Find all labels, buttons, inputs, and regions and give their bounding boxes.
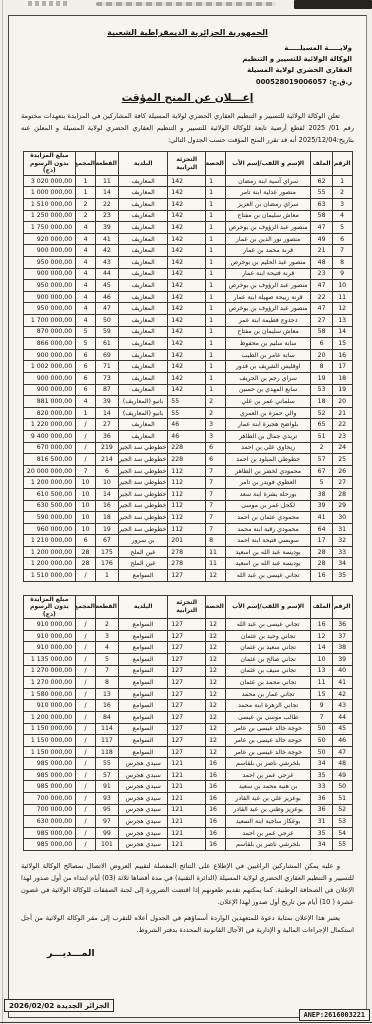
cell-name: بوعزيز علي بن عبد القادر [225, 793, 311, 805]
cell-municipality: المعاريف [118, 430, 167, 442]
cell-plot: 69 [95, 349, 118, 361]
cell-share: 16 [206, 839, 226, 851]
cell-group: / [76, 769, 96, 781]
cell-subdivision: 142 [168, 372, 206, 384]
cell-rank: 28 [332, 488, 352, 500]
cell-share: 11 [206, 546, 226, 558]
cell-subdivision: 112 [168, 477, 206, 489]
cell-group: / [76, 816, 96, 828]
cell-plot: 6 [95, 465, 118, 477]
cell-rank: 2 [332, 187, 352, 199]
table-row: 156سانة سليم بن محفوظ1142المعاريف615866 … [23, 338, 352, 350]
cell-plot: 14 [95, 488, 118, 500]
cell-group: 6 [76, 361, 96, 373]
cell-municipality: المعاريف [118, 349, 167, 361]
cell-name: سلماني عمر بن علي [225, 396, 311, 408]
column-header: الحصة [206, 595, 226, 619]
cell-plot: 67 [95, 535, 118, 547]
bottom-rule [0, 1022, 372, 1024]
cell-rank: 14 [332, 326, 352, 338]
footer-text-1: و عليه يمكن المشاركين الراغبين في الإطلا… [21, 862, 354, 906]
cell-file: 58 [311, 210, 332, 222]
cell-amount: 1 135 000,00 [23, 653, 76, 665]
cell-plot: 4 [95, 642, 118, 654]
column-header: القطعة [95, 152, 118, 176]
cell-name: والي حمزة بن العمري [225, 407, 311, 419]
cell-group: 4 [76, 233, 96, 245]
cell-subdivision: 142 [168, 199, 206, 211]
cell-group: / [76, 735, 96, 747]
cell-amount: 900 000,00 [23, 291, 76, 303]
table-row: 1047منصور عبد الرؤوف بن بوخرص1142المعاري… [23, 280, 352, 292]
footer-text-2: يعتبر هذا الإعلان بمثابة دعوة للمتعهدين … [21, 914, 354, 934]
table-row: 1458معاش سليمان بن مفتاح1142المعاريف5958… [23, 326, 352, 338]
cell-amount: 816 500,00 [23, 454, 76, 466]
cell-subdivision: 142 [168, 268, 206, 280]
cell-subdivision: 201 [168, 535, 206, 547]
cell-share: 12 [206, 630, 226, 642]
table-header-row: الرقمالملفالإسم و اللقب/إسم الأبالحصةالت… [23, 595, 352, 619]
cell-file: 65 [311, 419, 332, 431]
cell-file: 27 [311, 315, 332, 327]
cell-file: 53 [311, 384, 332, 396]
anep-box: ANEP:2616003221 [299, 1009, 370, 1021]
cell-group: / [76, 827, 96, 839]
cell-share: 3 [206, 430, 226, 442]
table-row: 5534بلخرشي ناصر بن بلقاسم16121سيدي هجرس1… [23, 839, 352, 851]
cell-group: / [76, 442, 96, 454]
table-row: 1620سانة عامر بن الطيب1142المعاريف696900… [23, 349, 352, 361]
cell-municipality: المعاريف [118, 384, 167, 396]
cell-plot: 59 [95, 326, 118, 338]
cell-municipality: سيدي هجرس [118, 758, 167, 770]
cell-municipality: السوامع [118, 630, 167, 642]
cell-share: 7 [206, 488, 226, 500]
cell-rank: 43 [332, 700, 352, 712]
cell-amount: 900 000,00 [23, 268, 76, 280]
cell-name: قرنة محمد بن عمار [225, 245, 311, 257]
cell-name: بوديسة عبد الله بن اسعيد [225, 546, 311, 558]
cell-share: 1 [206, 199, 226, 211]
cell-group: 4 [76, 222, 96, 234]
cell-municipality: سيدي هجرس [118, 781, 167, 793]
cell-rank: 53 [332, 816, 352, 828]
cell-file: 51 [311, 430, 332, 442]
cell-rank: 48 [332, 758, 352, 770]
cell-plot: 117 [95, 735, 118, 747]
cell-subdivision: 127 [168, 711, 206, 723]
cell-subdivision: 127 [168, 665, 206, 677]
cell-name: قرنة ربيحة صهيلة ابنة عمار [225, 291, 311, 303]
cell-amount: 1 270 000,00 [23, 677, 76, 689]
cell-subdivision: 127 [168, 630, 206, 642]
cell-amount: 870 000,00 [23, 326, 76, 338]
cell-amount: 700 000,00 [23, 804, 76, 816]
column-header: الإسم و اللقب/إسم الأب [225, 152, 311, 176]
cell-share: 1 [206, 210, 226, 222]
cell-rank: 16 [332, 349, 352, 361]
cell-municipality: خطوطي سد الجير [118, 512, 167, 524]
cell-subdivision: 127 [168, 619, 206, 631]
table-row: 4650خوجة خالد عيسى بن عامر12127السوامع11… [23, 735, 352, 747]
table-row: 1122قرنة ربيحة صهيلة ابنة عمار1142المعار… [23, 291, 352, 303]
cell-subdivision: 142 [168, 349, 206, 361]
cell-amount: 610 500,00 [23, 488, 76, 500]
cell-file: 36 [311, 793, 332, 805]
table-row: 2351تريدي جمال بن الطاهر346المعاريف36/9 … [23, 430, 352, 442]
cell-group: 4 [76, 257, 96, 269]
table-row: 4013تجاني سيف بن عثمان12127السوامع7/1 27… [23, 665, 352, 677]
cell-plot: 50 [95, 315, 118, 327]
registration-number: ر.ق.ج: 000528019006057 [202, 77, 352, 88]
cell-share: 2 [206, 396, 226, 408]
cell-group: 7 [76, 465, 96, 477]
cell-share: 11 [206, 558, 226, 570]
ink-smudge [28, 1, 68, 6]
cell-rank: 9 [332, 268, 352, 280]
cell-subdivision: 142 [168, 303, 206, 315]
cell-municipality: المعاريف [118, 175, 167, 187]
cell-group: / [76, 758, 96, 770]
cell-amount: 1 150 000,00 [23, 746, 76, 758]
cell-subdivision: 127 [168, 642, 206, 654]
cell-municipality: بانيو (المعاريف) [118, 396, 167, 408]
cell-rank: 38 [332, 642, 352, 654]
table-row: 848منصور عبد الحليم بن بوخرص1142المعاريف… [23, 257, 352, 269]
cell-file: 10 [311, 653, 332, 665]
cell-rank: 7 [332, 245, 352, 257]
cell-subdivision: 278 [168, 546, 206, 558]
cell-plot: 73 [95, 372, 118, 384]
cell-rank: 46 [332, 735, 352, 747]
cell-rank: 37 [332, 630, 352, 642]
ink-smudge [294, 0, 372, 9]
cell-file: 13 [311, 665, 332, 677]
cell-group: 5 [76, 326, 96, 338]
cell-subdivision: 142 [168, 291, 206, 303]
cell-amount: 1 150 000,00 [23, 735, 76, 747]
cell-plot: 43 [95, 257, 118, 269]
cell-municipality: السوامع [118, 746, 167, 758]
column-header: الإسم و اللقب/إسم الأب [225, 595, 311, 619]
cell-file: 7 [311, 711, 332, 723]
cell-share: 16 [206, 781, 226, 793]
table-row: 5331بوعكاز ساجية ابنة السعيد16121سيدي هج… [23, 816, 352, 828]
cell-municipality: عين الملح [118, 558, 167, 570]
cell-file: 48 [311, 257, 332, 269]
column-header: مبلغ المزايدة بدون الرسوم (دج) [23, 595, 76, 619]
cell-group: 10 [76, 500, 96, 512]
cell-file: 38 [311, 488, 332, 500]
cell-share: 1 [206, 338, 226, 350]
table-row: 275العطوي فويدر بن تامر7112خطوطي سد الجي… [23, 477, 352, 489]
cell-rank: 31 [332, 523, 352, 535]
cell-plot: 36 [95, 430, 118, 442]
cell-rank: 34 [332, 558, 352, 570]
cell-share: 1 [206, 349, 226, 361]
cell-amount: 950 000,00 [23, 303, 76, 315]
table-gap [17, 851, 358, 861]
table-row: 363سراي رمضان بن العزيز1142المعاريف2221 … [23, 199, 352, 211]
cell-file: 41 [311, 512, 332, 524]
cell-plot: 41 [95, 233, 118, 245]
cell-share: 8 [206, 535, 226, 547]
allotment-table-part2: الرقمالملفالإسم و اللقب/إسم الأبالحصةالت… [23, 595, 353, 851]
cell-name: منصور عبد الرؤوف بن بوخرص [225, 222, 311, 234]
cell-group: / [76, 804, 96, 816]
cell-rank: 41 [332, 677, 352, 689]
cell-municipality: خطوطي سد الجير [118, 500, 167, 512]
cell-rank: 50 [332, 781, 352, 793]
cell-share: 16 [206, 816, 226, 828]
cell-file: 63 [311, 199, 332, 211]
cell-subdivision: 142 [168, 210, 206, 222]
cell-plot: 95 [95, 804, 118, 816]
cell-name: سابع المهدي بن حسين [225, 384, 311, 396]
cell-group: / [76, 746, 96, 758]
cell-share: 7 [206, 477, 226, 489]
cell-plot: 61 [95, 338, 118, 350]
cell-group: / [76, 653, 96, 665]
cell-file: 47 [311, 222, 332, 234]
column-header: القطعة [95, 595, 118, 619]
intro-text: تعلن الوكالة الولائية للتسيير و التنظيم … [21, 112, 354, 144]
cell-file: 57 [311, 454, 332, 466]
cell-share: 1 [206, 222, 226, 234]
cell-file: 28 [311, 546, 332, 558]
cell-municipality: المعاريف [118, 361, 167, 373]
table-row: 4750خوجة خالد عيسى بن عامر12127السوامع11… [23, 746, 352, 758]
table-row: 2265بلواضح هجيرة ابنة عمار346المعاريف27/… [23, 419, 352, 431]
table-row: 178اوقليس الشريف بن قدور1142المعاريف7161… [23, 361, 352, 373]
table-row: 447طالب موسى بن عيسى12127السوامع84/1 200… [23, 711, 352, 723]
cell-plot: 7 [95, 665, 118, 677]
cell-file: 11 [311, 677, 332, 689]
cell-rank: 52 [332, 804, 352, 816]
cell-name: تجاني سعيد بن عثمان [225, 642, 311, 654]
cell-share: 7 [206, 523, 226, 535]
table-row: 439تجاني الزهرة ابنة محمد12127السوامع16/… [23, 700, 352, 712]
cell-amount: 1 000 000,00 [23, 187, 76, 199]
cell-municipality: خطوطي سد الجير [118, 442, 167, 454]
cell-plot: 114 [95, 723, 118, 735]
cell-share: 6 [206, 442, 226, 454]
cell-subdivision: 46 [168, 430, 206, 442]
cell-plot: 11 [95, 175, 118, 187]
cell-amount: 881 000,00 [23, 396, 76, 408]
ink-smudge [96, 2, 276, 6]
column-header: الملف [311, 595, 332, 619]
cell-group: 4 [76, 315, 96, 327]
cell-file: 47 [311, 280, 332, 292]
column-header: البلدية [118, 595, 167, 619]
cell-share: 12 [206, 570, 226, 582]
cell-municipality: السوامع [118, 700, 167, 712]
cell-plot: 5 [95, 653, 118, 665]
cell-amount: 1 200 000,00 [23, 477, 76, 489]
cell-group: / [76, 619, 96, 631]
cell-group: 4 [76, 291, 96, 303]
director-signature: المـــديـــر [17, 942, 358, 959]
table-row: 458معاش سليمان بن مفتاح1142المعاريف2321 … [23, 210, 352, 222]
cell-amount: 910 000,00 [23, 630, 76, 642]
cell-group: 2 [76, 199, 96, 211]
cell-rank: 32 [332, 535, 352, 547]
cell-municipality: خطوطي سد الجير [118, 477, 167, 489]
cell-rank: 22 [332, 419, 352, 431]
cell-group: / [76, 793, 96, 805]
cell-municipality: خطوطي سد الجير [118, 523, 167, 535]
cell-amount: 900 000,00 [23, 349, 76, 361]
cell-amount: 900 000,00 [23, 384, 76, 396]
cell-name: تجاني وحيد بن عثمان [225, 630, 311, 642]
cell-amount: 1 700 000,00 [23, 315, 76, 327]
cell-name: تجاني عيسى بن عبد الله [225, 619, 311, 631]
cell-plot: 2 [95, 619, 118, 631]
cell-name: اوقليس الشريف بن قدور [225, 361, 311, 373]
cell-share: 12 [206, 700, 226, 712]
cell-name: خوجة خالد عيسى بن عامر [225, 723, 311, 735]
cell-file: 14 [311, 642, 332, 654]
cell-municipality: المعاريف [118, 199, 167, 211]
cell-rank: 11 [332, 291, 352, 303]
cell-municipality: بن سرور [118, 535, 167, 547]
cell-subdivision: 121 [168, 827, 206, 839]
table-row: 3516تجاني عيسى بن عبد الله12127السوامع1/… [23, 570, 352, 582]
cell-file: 19 [311, 372, 332, 384]
cell-amount: 910 000,00 [23, 619, 76, 631]
cell-file: 31 [311, 816, 332, 828]
cell-group: / [76, 642, 96, 654]
cell-group: 10 [76, 523, 96, 535]
table-row: 1247منصور عبد الرؤوف بن بوخرص1142المعاري… [23, 303, 352, 315]
cell-municipality: المعاريف [118, 222, 167, 234]
allotment-table-part1: الرقمالملفالإسم و اللقب/إسم الأبالحصةالت… [23, 151, 353, 581]
agency-line-1: الوكالة الولائية للتسيير و التنظيم [202, 54, 352, 65]
cell-name: بلواضح هجيرة ابنة عمار [225, 419, 311, 431]
newspaper-top-strip [0, 0, 372, 12]
cell-rank: 55 [332, 839, 352, 851]
table-row: 2018سلماني عمر بن علي255بانيو (المعاريف)… [23, 396, 352, 408]
cell-name: العطوي فويدر بن تامر [225, 477, 311, 489]
cell-rank: 25 [332, 454, 352, 466]
table-row: 5435عرجي عمر بن احمد16121سيدي هجرس99/985… [23, 827, 352, 839]
cell-amount: 900 000,00 [23, 245, 76, 257]
cell-file: 50 [311, 735, 332, 747]
cell-plot: 39 [95, 396, 118, 408]
cell-group: / [76, 688, 96, 700]
table-row: 547منصور عبد الرؤوف بن بوخرص1142المعاريف… [23, 222, 352, 234]
table-header-row: الرقمالملفالإسم و اللقب/إسم الأبالحصةالت… [23, 152, 352, 176]
cell-amount: 920 000,00 [23, 233, 76, 245]
cell-subdivision: 112 [168, 465, 206, 477]
newspaper-name-box: الجزائر الجديدة 2026/02/02 [4, 999, 114, 1012]
cell-group: 6 [76, 384, 96, 396]
column-header: التجزئة الترابية [168, 152, 206, 176]
cell-municipality: سيدي هجرس [118, 839, 167, 851]
cell-plot: 14 [95, 187, 118, 199]
cell-group: / [76, 781, 96, 793]
table-row: 162سراي آسية ابنة رمضان1142المعاريف1113 … [23, 175, 352, 187]
cell-rank: 39 [332, 653, 352, 665]
cell-file: 8 [311, 361, 332, 373]
cell-file: 16 [311, 619, 332, 631]
cell-municipality: سيدي هجرس [118, 769, 167, 781]
cell-rank: 21 [332, 407, 352, 419]
cell-municipality: المعاريف [118, 291, 167, 303]
cell-rank: 5 [332, 222, 352, 234]
cell-plot: 44 [95, 268, 118, 280]
cell-file: 12 [311, 630, 332, 642]
cell-rank: 30 [332, 512, 352, 524]
cell-amount: 1 270 000,00 [23, 665, 76, 677]
cell-file: 64 [311, 523, 332, 535]
cell-rank: 24 [332, 442, 352, 454]
cell-rank: 12 [332, 303, 352, 315]
table-row: 3910تجاني صالح بن عثمان12127السوامع5/1 1… [23, 653, 352, 665]
table-row: 4834بلخرشي ناصر بن بلقاسم16121سيدي هجرس5… [23, 758, 352, 770]
cell-share: 1 [206, 245, 226, 257]
cell-share: 16 [206, 769, 226, 781]
cell-plot: 19 [95, 523, 118, 535]
cell-rank: 47 [332, 746, 352, 758]
cell-share: 1 [206, 315, 226, 327]
cell-file: 55 [311, 187, 332, 199]
cell-amount: 1 210 000,00 [23, 535, 76, 547]
cell-file: 62 [311, 175, 332, 187]
cell-subdivision: 142 [168, 338, 206, 350]
cell-group: 6 [76, 349, 96, 361]
cell-subdivision: 121 [168, 758, 206, 770]
column-header: الرقم [332, 595, 352, 619]
cell-name: سراي رجم بن الحريف [225, 372, 311, 384]
cell-group: 4 [76, 268, 96, 280]
table-row: 1819سراي رجم بن الحريف1142المعاريف736900… [23, 372, 352, 384]
cell-share: 12 [206, 653, 226, 665]
cell-municipality: سيدي هجرس [118, 793, 167, 805]
cell-amount: 985 000,00 [23, 758, 76, 770]
cell-name: قرنة فتيحة ابنة عمار [225, 268, 311, 280]
cell-share: 1 [206, 326, 226, 338]
cell-plot: 71 [95, 361, 118, 373]
cell-plot: 101 [95, 839, 118, 851]
cell-plot: 3 [95, 630, 118, 642]
cell-rank: 29 [332, 500, 352, 512]
cell-file: 28 [311, 558, 332, 570]
cell-subdivision: 142 [168, 326, 206, 338]
cell-municipality: المعاريف [118, 280, 167, 292]
cell-amount: 1 510 000,00 [23, 570, 76, 582]
cell-share: 1 [206, 268, 226, 280]
table-row: 2838بورحلة بشرة ابنة سعد7112خطوطي سد الج… [23, 488, 352, 500]
cell-amount: 985 000,00 [23, 781, 76, 793]
cell-municipality: المعاريف [118, 303, 167, 315]
cell-name: بوعكاز ساجية ابنة السعيد [225, 816, 311, 828]
cell-share: 12 [206, 688, 226, 700]
cell-group: / [76, 700, 96, 712]
cell-rank: 42 [332, 688, 352, 700]
cell-municipality: المعاريف [118, 210, 167, 222]
cell-amount: 950 000,00 [23, 257, 76, 269]
cell-group: / [76, 419, 96, 431]
cell-plot: 39 [95, 222, 118, 234]
cell-municipality: المعاريف [118, 338, 167, 350]
cell-amount: 1 250 000,00 [23, 210, 76, 222]
cell-plot: 1 [95, 570, 118, 582]
cell-municipality: السوامع [118, 723, 167, 735]
cell-plot: 14 [95, 407, 118, 419]
cell-amount: 950 000,00 [23, 280, 76, 292]
